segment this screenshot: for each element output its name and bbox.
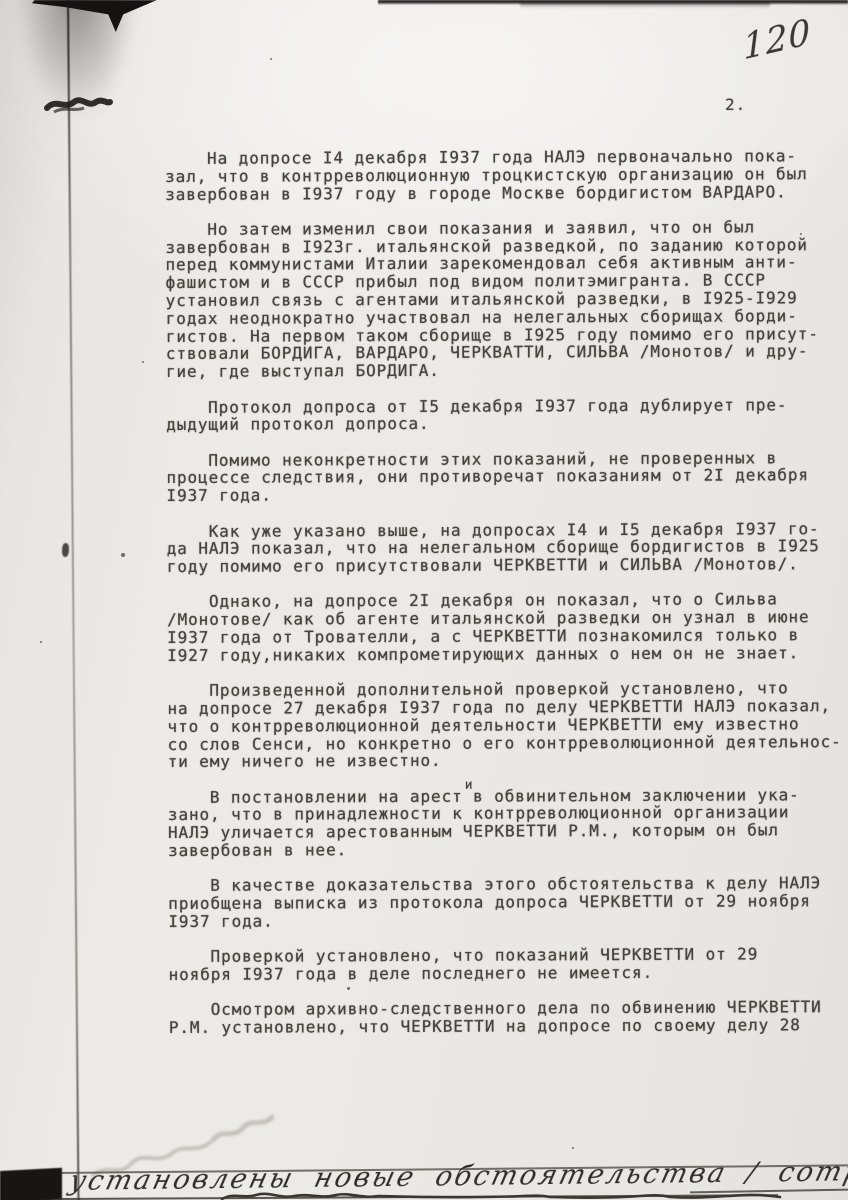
paragraph-3: Протокол допроса от I5 декабря I937 года…	[166, 396, 844, 435]
paragraph-7: Произведенной дополнительной проверкой у…	[167, 679, 845, 771]
paper-speck	[347, 987, 350, 990]
handwriting-partial-second-line	[220, 1191, 800, 1200]
paragraph-6: Однако, на допросе 2I декабря он показал…	[167, 590, 845, 664]
paragraph-1: На допросе I4 декабря I937 года НАЛЭ пер…	[165, 147, 843, 203]
paper-speck	[40, 641, 42, 643]
paragraph-11: Осмотром архивно-следственного дела по о…	[169, 998, 847, 1037]
staple-mark	[44, 90, 114, 120]
paragraph-4: Помимо неконкретности этих показаний, не…	[166, 449, 844, 505]
paper-speck	[572, 1147, 574, 1149]
paper-speck	[121, 553, 125, 557]
dark-corner-bottom-left	[0, 1168, 62, 1200]
paper-speck	[800, 233, 802, 235]
scanned-document-page: 120 2. На допросе I4 декабря I937 года Н…	[0, 0, 848, 1200]
paragraph-9: В качестве доказательства этого обстояте…	[168, 874, 846, 930]
paper-speck	[270, 58, 272, 60]
typewritten-text-block: На допросе I4 декабря I937 года НАЛЭ пер…	[165, 147, 847, 1054]
paper-fold-shadow	[4, 0, 144, 320]
paper-speck	[770, 473, 772, 475]
handwritten-folio-number: 120	[742, 8, 832, 69]
scan-edge-top-shadow	[520, 2, 770, 8]
paper-speck	[142, 361, 144, 363]
paragraph-8: В постановлении на арест в обвинительном…	[168, 786, 846, 860]
paragraph-2: Но затем изменил свои показания и заявил…	[165, 218, 844, 381]
crease-ink-blot	[62, 543, 69, 557]
typed-insertion-mark: и	[465, 777, 474, 795]
paragraph-5: Как уже указано выше, на допросах I4 и I…	[167, 520, 845, 576]
paragraph-10: Проверкой установлено, что показаний ЧЕР…	[168, 945, 846, 984]
page-number: 2.	[725, 95, 746, 114]
